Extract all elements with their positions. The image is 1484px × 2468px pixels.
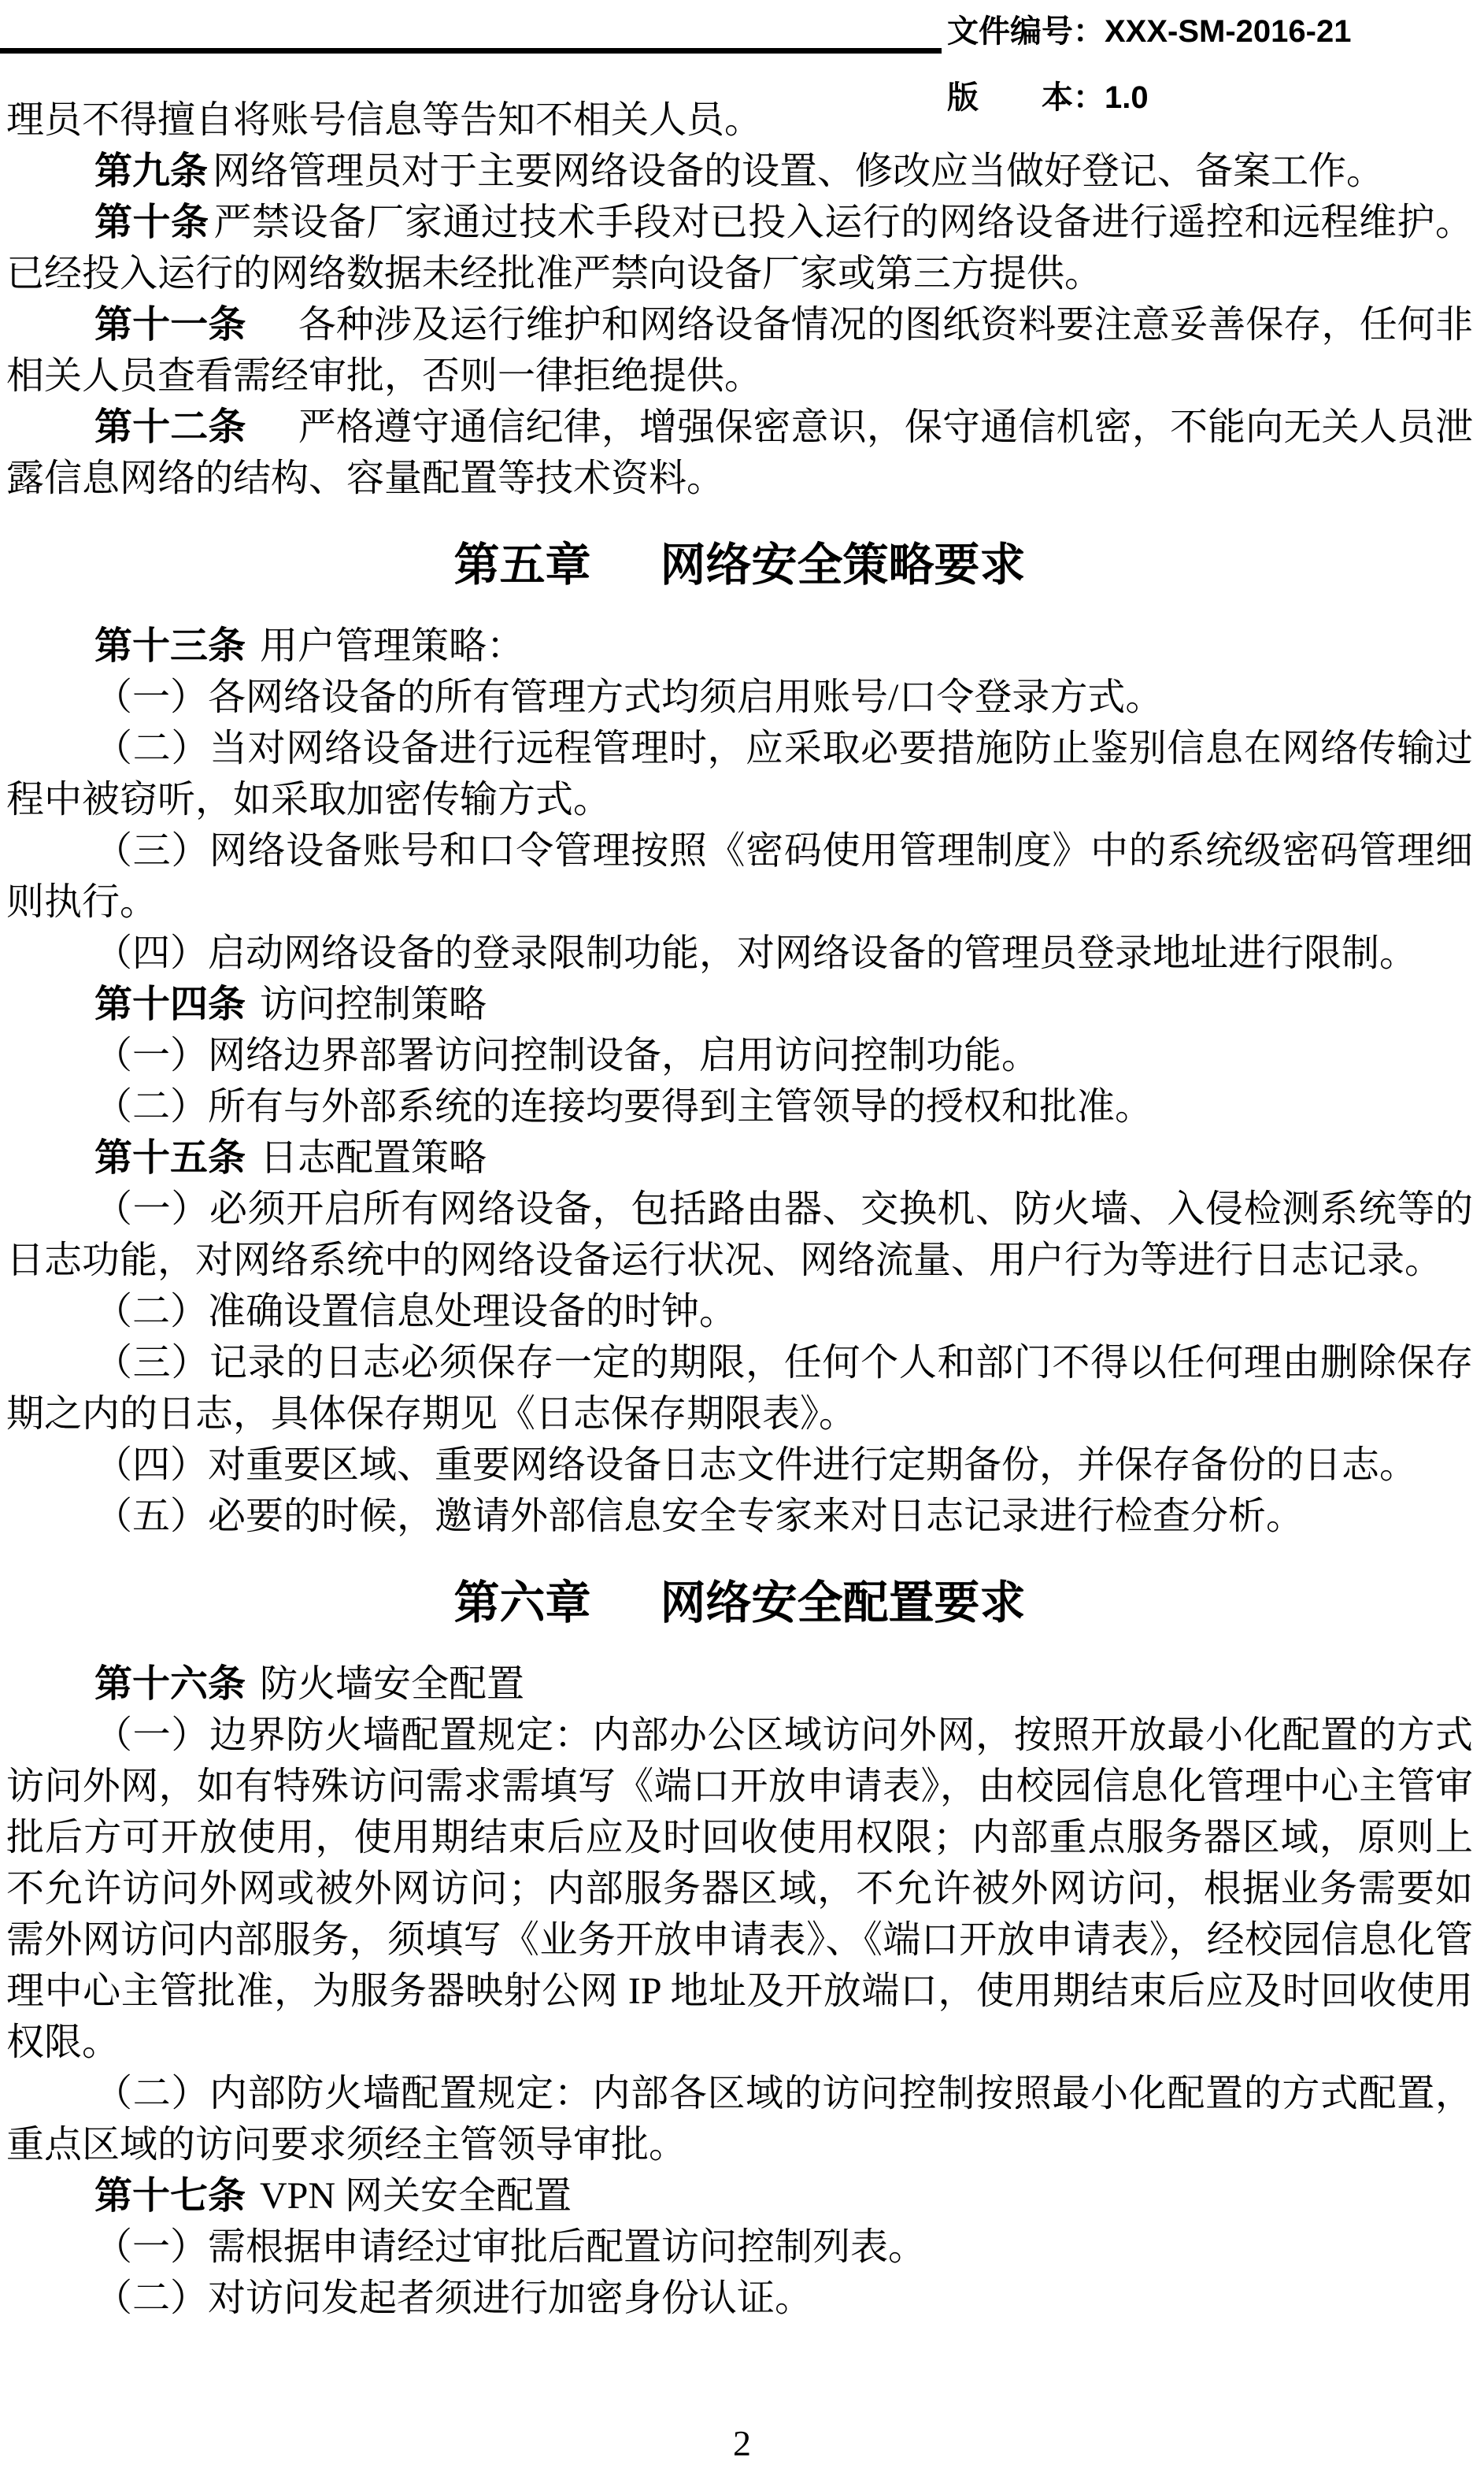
paragraph-text: 防火墙安全配置 (260, 1663, 524, 1705)
clause-item: （一）需根据申请经过审批后配置访问控制列表。 (6, 2222, 1473, 2273)
article-number: 第十六条 (94, 1663, 246, 1705)
paragraph-text: （二）对访问发起者须进行加密身份认证。 (94, 2277, 812, 2319)
chapter-number: 第六章 (453, 1575, 590, 1632)
article-number: 第十五条 (94, 1137, 246, 1179)
paragraph-text: （四）启动网络设备的登录限制功能，对网络设备的管理员登录地址进行限制。 (94, 932, 1417, 974)
article-paragraph: 第十五条日志配置策略 (6, 1132, 1473, 1184)
page-number: 2 (0, 2424, 1484, 2463)
paragraph-text: （一）边界防火墙配置规定：内部办公区域访问外网，按照开放最小化配置的方式访问外网… (6, 1714, 1473, 2063)
paragraph-text: 访问控制策略 (260, 984, 487, 1025)
paragraph-text: （三）记录的日志必须保存一定的期限，任何个人和部门不得以任何理由删除保存期之内的… (6, 1342, 1473, 1435)
article-paragraph: 第十二条 严格遵守通信纪律，增强保密意识，保守通信机密，不能向无关人员泄露信息网… (6, 402, 1473, 504)
clause-item: （四）启动网络设备的登录限制功能，对网络设备的管理员登录地址进行限制。 (6, 928, 1473, 979)
article-number: 第十四条 (94, 984, 246, 1025)
continuation-paragraph: 理员不得擅自将账号信息等告知不相关人员。 (6, 94, 1473, 146)
chapter-heading: 第五章网络安全策略要求 (6, 537, 1473, 594)
paragraph-text: 网络管理员对于主要网络设备的设置、修改应当做好登记、备案工作。 (213, 150, 1384, 192)
clause-item: （一）边界防火墙配置规定：内部办公区域访问外网，按照开放最小化配置的方式访问外网… (6, 1710, 1473, 2068)
paragraph-text: （二）所有与外部系统的连接均要得到主管领导的授权和批准。 (94, 1086, 1153, 1128)
paragraph-text: （一）需根据申请经过审批后配置访问控制列表。 (94, 2226, 926, 2268)
article-number: 第十三条 (94, 625, 246, 667)
paragraph-text: 日志配置策略 (260, 1137, 487, 1179)
clause-item: （三）记录的日志必须保存一定的期限，任何个人和部门不得以任何理由删除保存期之内的… (6, 1337, 1473, 1440)
clause-item: （二）内部防火墙配置规定：内部各区域的访问控制按照最小化配置的方式配置，重点区域… (6, 2068, 1473, 2170)
chapter-number: 第五章 (453, 537, 590, 594)
article-paragraph: 第十六条防火墙安全配置 (6, 1658, 1473, 1710)
chapter-title: 网络安全策略要求 (661, 537, 1026, 594)
article-number: 第十二条 (94, 406, 246, 448)
chapter-heading: 第六章网络安全配置要求 (6, 1575, 1473, 1632)
paragraph-text: 严禁设备厂家通过技术手段对已投入运行的网络设备进行遥控和远程维护。已经投入运行的… (6, 202, 1473, 295)
doc-number-value: XXX-SM-2016-21 (1105, 14, 1351, 49)
version-label: 版 本： (947, 80, 1105, 115)
clause-item: （一）必须开启所有网络设备，包括路由器、交换机、防火墙、入侵检测系统等的日志功能… (6, 1184, 1473, 1286)
clause-item: （二）当对网络设备进行远程管理时，应采取必要措施防止鉴别信息在网络传输过程中被窃… (6, 723, 1473, 825)
doc-number-line: 文件编号：XXX-SM-2016-21 (947, 6, 1351, 51)
header-divider-line (0, 48, 942, 54)
page-header: 文件编号：XXX-SM-2016-21 版 本：1.0 (0, 0, 1484, 94)
paragraph-text: （三）网络设备账号和口令管理按照《密码使用管理制度》中的系统级密码管理细则执行。 (6, 830, 1473, 923)
paragraph-text: 理员不得擅自将账号信息等告知不相关人员。 (6, 99, 762, 141)
clause-item: （二）准确设置信息处理设备的时钟。 (6, 1286, 1473, 1337)
article-paragraph: 第十四条访问控制策略 (6, 979, 1473, 1030)
clause-item: （二）所有与外部系统的连接均要得到主管领导的授权和批准。 (6, 1081, 1473, 1132)
article-number: 第十七条 (94, 2175, 246, 2217)
article-paragraph: 第十七条VPN 网关安全配置 (6, 2170, 1473, 2222)
paragraph-text: （二）当对网络设备进行远程管理时，应采取必要措施防止鉴别信息在网络传输过程中被窃… (6, 728, 1473, 821)
article-paragraph: 第十三条用户管理策略： (6, 621, 1473, 672)
article-paragraph: 第九条网络管理员对于主要网络设备的设置、修改应当做好登记、备案工作。 (6, 146, 1473, 197)
article-number: 第十条 (94, 202, 209, 243)
doc-number-label: 文件编号： (947, 14, 1105, 49)
paragraph-text: （二）内部防火墙配置规定：内部各区域的访问控制按照最小化配置的方式配置，重点区域… (6, 2073, 1473, 2166)
clause-item: （二）对访问发起者须进行加密身份认证。 (6, 2273, 1473, 2324)
clause-item: （四）对重要区域、重要网络设备日志文件进行定期备份，并保存备份的日志。 (6, 1440, 1473, 1491)
chapter-title: 网络安全配置要求 (661, 1575, 1026, 1632)
clause-item: （一）网络边界部署访问控制设备，启用访问控制功能。 (6, 1030, 1473, 1081)
clause-item: （三）网络设备账号和口令管理按照《密码使用管理制度》中的系统级密码管理细则执行。 (6, 825, 1473, 928)
paragraph-text: （四）对重要区域、重要网络设备日志文件进行定期备份，并保存备份的日志。 (94, 1444, 1417, 1486)
paragraph-text: VPN 网关安全配置 (260, 2175, 572, 2217)
version-line: 版 本：1.0 (947, 72, 1149, 117)
paragraph-text: （一）网络边界部署访问控制设备，启用访问控制功能。 (94, 1035, 1039, 1077)
paragraph-text: （一）各网络设备的所有管理方式均须启用账号/口令登录方式。 (94, 676, 1163, 718)
paragraph-text: 用户管理策略： (260, 625, 524, 667)
document-body: 理员不得擅自将账号信息等告知不相关人员。第九条网络管理员对于主要网络设备的设置、… (0, 94, 1484, 2324)
document-page: 文件编号：XXX-SM-2016-21 版 本：1.0 理员不得擅自将账号信息等… (0, 0, 1484, 2468)
paragraph-text: （五）必要的时候，邀请外部信息安全专家来对日志记录进行检查分析。 (94, 1495, 1304, 1537)
paragraph-text: （二）准确设置信息处理设备的时钟。 (94, 1291, 737, 1332)
clause-item: （一）各网络设备的所有管理方式均须启用账号/口令登录方式。 (6, 672, 1473, 723)
article-number: 第九条 (94, 150, 208, 192)
paragraph-text: （一）必须开启所有网络设备，包括路由器、交换机、防火墙、入侵检测系统等的日志功能… (6, 1188, 1473, 1281)
article-paragraph: 第十一条 各种涉及运行维护和网络设备情况的图纸资料要注意妥善保存，任何非相关人员… (6, 299, 1473, 402)
version-value: 1.0 (1105, 80, 1149, 115)
article-paragraph: 第十条严禁设备厂家通过技术手段对已投入运行的网络设备进行遥控和远程维护。已经投入… (6, 197, 1473, 299)
clause-item: （五）必要的时候，邀请外部信息安全专家来对日志记录进行检查分析。 (6, 1491, 1473, 1542)
article-number: 第十一条 (94, 304, 246, 346)
